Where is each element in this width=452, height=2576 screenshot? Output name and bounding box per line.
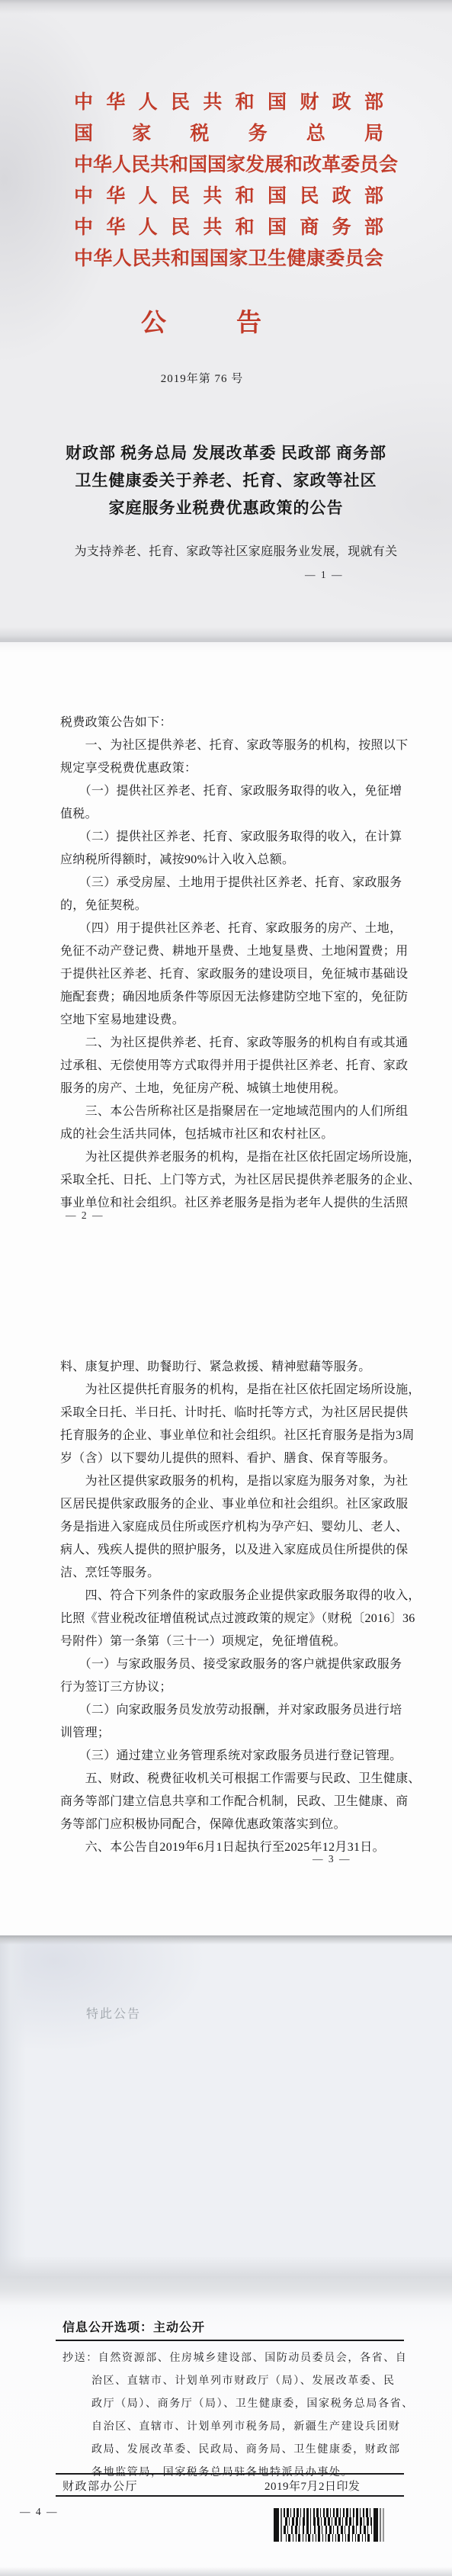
footer-divider-middle: [56, 2473, 404, 2475]
body-line: （二）向家政服务员发放劳动报酬，并对家政服务员进行培: [60, 1699, 434, 1722]
print-date: 2019年7月2日印发: [264, 2478, 361, 2495]
body-line: 应纳税所得额时，减按90%计入收入总额。: [60, 849, 434, 872]
page-2: 税费政策公告如下： 一、为社区提供养老、托育、家政等服务的机构，按照以下规定享受…: [0, 642, 452, 1289]
page-number-3: — 3 —: [313, 1853, 351, 1865]
document-title-line: 家庭服务业税费优惠政策的公告: [0, 494, 452, 522]
body-line: 托育服务的企业、事业单位和社会组织。社区托育服务是指为3周: [60, 1425, 434, 1447]
letterhead-line: 中华人民共和国民政部: [74, 181, 383, 212]
page-number-1: — 1 —: [305, 569, 344, 581]
body-line: 采取全托、日托、上门等方式，为社区居民提供养老服务的企业、: [60, 1169, 434, 1192]
body-line: （一）提供社区养老、托育、家政服务取得的收入，免征增: [60, 780, 434, 803]
footer-divider-bottom: [56, 2495, 404, 2497]
intro-paragraph: 为支持养老、托育、家政等社区家庭服务业发展，现就有关: [50, 540, 412, 564]
letterhead-line: 中华人民共和国商务部: [74, 212, 383, 243]
body-line: 行为签订三方协议；: [60, 1676, 434, 1699]
page-number-4: — 4 —: [20, 2506, 59, 2518]
body-line: 商务等部门建立信息共享和工作配合机制，民政、卫生健康、商: [60, 1791, 434, 1813]
body-line: 空地下室易地建设费。: [60, 1009, 434, 1032]
body-line: 病人、残疾人提供的照护服务，以及进入家庭成员住所提供的保: [60, 1539, 434, 1562]
body-line: 四、符合下列条件的家政服务企业提供家政服务取得的收入，: [60, 1585, 434, 1608]
body-line: 为社区提供托育服务的机构，是指在社区依托固定场所设施，: [60, 1379, 434, 1402]
body-line: 规定享受税费优惠政策：: [60, 757, 434, 780]
cc-line: 抄送：自然资源部、住房城乡建设部、国防动员委员会，各省、自: [63, 2347, 434, 2370]
page3-body: 料、康复护理、助餐助行、紧急救援、精神慰藉等服务。 为社区提供托育服务的机构，是…: [60, 1356, 434, 1859]
barcode-icon: [274, 2508, 385, 2542]
body-line: 过承租、无偿使用等方式取得并用于提供社区养老、托育、家政: [60, 1055, 434, 1078]
body-line: 值税。: [60, 803, 434, 826]
body-line: 于提供社区养老、托育、家政服务的建设项目，免征城市基础设: [60, 963, 434, 986]
body-line: 料、康复护理、助餐助行、紧急救援、精神慰藉等服务。: [60, 1356, 434, 1379]
body-line: 三、本公告所称社区是指聚居在一定地域范围内的人们所组: [60, 1100, 434, 1123]
page-4: 特此公告 信息公开选项：主动公开 抄送：自然资源部、住房城乡建设部、国防动员委员…: [0, 1935, 452, 2576]
letterhead: 中华人民共和国财政部国家税务总局中华人民共和国国家发展和改革委员会中华人民共和国…: [74, 87, 383, 275]
body-line: （三）承受房屋、土地用于提供社区养老、托育、家政服务: [60, 872, 434, 895]
body-line: 号附件）第一条第（三十一）项规定，免征增值税。: [60, 1630, 434, 1653]
page-number-2: — 2 —: [66, 1209, 104, 1222]
body-line: 区居民提供家政服务的企业、事业单位和社会组织。社区家政服: [60, 1493, 434, 1516]
body-line: 洁、烹饪等服务。: [60, 1562, 434, 1585]
document-title-line: 卫生健康委关于养老、托育、家政等社区: [0, 467, 452, 494]
body-line: 服务的房产、土地，免征房产税、城镇土地使用税。: [60, 1078, 434, 1100]
body-line: 施配套费；确因地质条件等原因无法修建防空地下室的，免征防: [60, 986, 434, 1009]
body-line: （二）提供社区养老、托育、家政服务取得的收入，在计算: [60, 826, 434, 849]
document-title: 财政部 税务总局 发展改革委 民政部 商务部卫生健康委关于养老、托育、家政等社区…: [0, 439, 452, 522]
cc-block: 抄送：自然资源部、住房城乡建设部、国防动员委员会，各省、自治区、直辖市、计划单列…: [91, 2347, 434, 2484]
body-line: 免征不动产登记费、耕地开垦费、土地复垦费、土地闲置费；用: [60, 940, 434, 963]
body-line: 二、为社区提供养老、托育、家政等服务的机构自有或其通: [60, 1032, 434, 1055]
body-line: 的，免征契税。: [60, 895, 434, 917]
body-line: 务是指进入家庭成员住所或医疗机构为孕产妇、婴幼儿、老人、: [60, 1516, 434, 1539]
cc-line: 政厅（局）、商务厅（局）、卫生健康委，国家税务总局各省、: [91, 2393, 434, 2416]
issuing-office: 财政部办公厅: [63, 2478, 138, 2495]
body-line: 训管理；: [60, 1722, 434, 1745]
body-line: （四）用于提供社区养老、托育、家政服务的房产、土地，: [60, 917, 434, 940]
page-3: 料、康复护理、助餐助行、紧急救援、精神慰藉等服务。 为社区提供托育服务的机构，是…: [0, 1289, 452, 1935]
cc-line: 自治区、直辖市、计划单列市税务局，新疆生产建设兵团财: [91, 2416, 434, 2439]
closing-note: 特此公告: [86, 2006, 141, 2024]
letterhead-line: 中华人民共和国国家发展和改革委员会: [74, 149, 383, 181]
body-line: 税费政策公告如下：: [60, 711, 434, 734]
disclosure-option-label: 信息公开选项：主动公开: [63, 2319, 205, 2337]
body-line: 事业单位和社会组织。社区养老服务是指为老年人提供的生活照: [60, 1192, 434, 1215]
body-line: 采取全日托、半日托、计时托、临时托等方式，为社区居民提供: [60, 1402, 434, 1425]
letterhead-line: 中华人民共和国财政部: [74, 87, 383, 118]
scanned-document: 中华人民共和国财政部国家税务总局中华人民共和国国家发展和改革委员会中华人民共和国…: [0, 0, 452, 2576]
letterhead-line: 国家税务总局: [74, 118, 383, 149]
cc-line: 政局、发展改革委、民政局、商务局、卫生健康委，财政部: [91, 2439, 434, 2462]
document-number: 2019年第 76 号: [114, 371, 290, 387]
cc-line: 治区、直辖市、计划单列市财政厅（局）、发展改革委、民: [91, 2370, 434, 2393]
body-line: 五、财政、税费征收机关可根据工作需要与民政、卫生健康、: [60, 1768, 434, 1791]
document-title-line: 财政部 税务总局 发展改革委 民政部 商务部: [0, 439, 452, 467]
body-line: 为社区提供养老服务的机构，是指在社区依托固定场所设施，: [60, 1146, 434, 1169]
body-line: 六、本公告自2019年6月1日起执行至2025年12月31日。: [60, 1836, 434, 1859]
footer-divider-top: [56, 2340, 404, 2341]
body-line: 为社区提供家政服务的机构，是指以家庭为服务对象，为社: [60, 1470, 434, 1493]
body-line: 成的社会生活共同体，包括城市社区和农村社区。: [60, 1123, 434, 1146]
announcement-heading: 公告: [141, 308, 261, 339]
body-line: 比照《营业税改征增值税试点过渡政策的规定》（财税〔2016〕36: [60, 1608, 434, 1630]
body-line: （一）与家政服务员、接受家政服务的客户就提供家政服务: [60, 1653, 434, 1676]
body-line: 岁（含）以下婴幼儿提供的照料、看护、膳食、保育等服务。: [60, 1447, 434, 1470]
body-line: 务等部门应积极协同配合，保障优惠政策落实到位。: [60, 1813, 434, 1836]
body-line: （三）通过建立业务管理系统对家政服务员进行登记管理。: [60, 1745, 434, 1768]
letterhead-line: 中华人民共和国国家卫生健康委员会: [74, 243, 383, 275]
body-line: 一、为社区提供养老、托育、家政等服务的机构，按照以下: [60, 734, 434, 757]
page-1: 中华人民共和国财政部国家税务总局中华人民共和国国家发展和改革委员会中华人民共和国…: [0, 0, 452, 642]
page2-body: 税费政策公告如下： 一、为社区提供养老、托育、家政等服务的机构，按照以下规定享受…: [60, 711, 434, 1215]
